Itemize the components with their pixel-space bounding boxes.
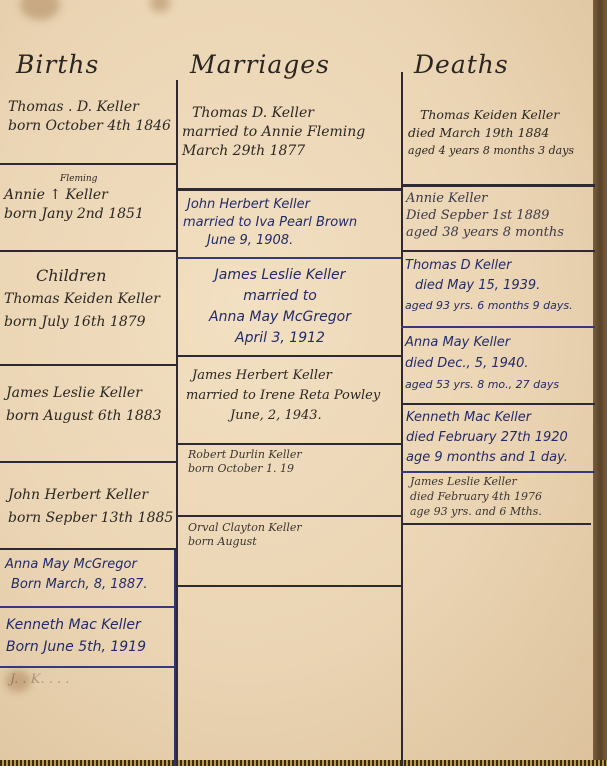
marriage-spouse-2: married to Irene Reta Powley <box>186 386 380 406</box>
marriage-entry-james-irene: James Herbert Keller married to Irene Re… <box>186 366 380 426</box>
marriage-spouse-2: married to Annie Fleming <box>182 123 365 142</box>
death-name: Annie Keller <box>406 190 564 207</box>
birth-date: born October 4th 1846 <box>8 117 171 136</box>
marriages-rule-3 <box>177 355 401 357</box>
death-name: Kenneth Mac Keller <box>406 408 568 428</box>
birth-date: born Jany 2nd 1851 <box>4 205 144 224</box>
death-age: age 93 yrs. and 6 Mths. <box>410 504 542 519</box>
births-rule-4 <box>0 461 177 463</box>
marriage-entry-james-anna: James Leslie Keller married to Anna May … <box>180 265 380 349</box>
births-rule-7 <box>0 666 175 668</box>
death-name: James Leslie Keller <box>410 474 542 489</box>
deaths-rule-6 <box>401 523 591 525</box>
birth-name: Thomas . D. Keller <box>8 98 171 117</box>
births-lower-divider <box>174 548 176 766</box>
marriages-header: Marriages <box>190 50 330 79</box>
marriage-entry-robert-durlin: Robert Durlin Keller born October 1. 19 <box>188 448 302 476</box>
birth-entry-james-leslie-keller: James Leslie Keller born August 6th 1883 <box>6 384 162 426</box>
book-spine-edge <box>593 0 607 766</box>
deaths-rule-2 <box>401 250 595 252</box>
birth-entry-faded: J. . K. . . . <box>10 672 69 687</box>
marriage-spouse-1: James Herbert Keller <box>186 366 380 386</box>
marriage-date: June, 2, 1943. <box>186 406 380 426</box>
death-date: died March 19th 1884 <box>408 124 574 142</box>
death-date: died February 4th 1976 <box>410 489 542 504</box>
deaths-rule-3 <box>401 326 595 328</box>
birth-name: Kenneth Mac Keller <box>6 614 146 636</box>
birth-date: Born June 5th, 1919 <box>6 636 146 658</box>
birth-entry-john-herbert-keller: John Herbert Keller born Sepber 13th 188… <box>8 486 173 528</box>
death-name: Thomas Keiden Keller <box>408 106 574 124</box>
marriages-rule-2 <box>177 257 401 259</box>
deaths-header: Deaths <box>414 50 509 79</box>
death-date: died February 27th 1920 <box>406 428 568 448</box>
marriage-date: June 9, 1908. <box>183 232 357 250</box>
entry-name: Robert Durlin Keller <box>188 448 302 462</box>
marriages-rule-6 <box>177 585 401 587</box>
births-header: Births <box>16 50 99 79</box>
ledger-page: Births Marriages Deaths Thomas . D. Kell… <box>0 0 607 766</box>
birth-name: Annie ↑ Keller <box>4 186 144 205</box>
marriages-rule-5 <box>177 515 401 517</box>
births-rule-1 <box>0 163 177 165</box>
marriage-entry-john-iva: John Herbert Keller married to Iva Pearl… <box>183 196 357 250</box>
births-rule-2 <box>0 250 177 252</box>
marriages-rule-4 <box>177 443 401 445</box>
marriage-spouse-1: John Herbert Keller <box>183 196 357 214</box>
death-entry-thomas-d: Thomas D Keller died May 15, 1939. aged … <box>405 256 573 316</box>
death-date: died Dec., 5, 1940. <box>405 353 559 374</box>
death-name: Thomas D Keller <box>405 256 573 276</box>
births-rule-5 <box>0 548 177 550</box>
children-subheading: Children <box>36 266 106 285</box>
marriage-spouse-1: James Leslie Keller <box>180 265 380 286</box>
death-age: age 9 months and 1 day. <box>406 448 568 468</box>
birth-entry-anna-may-mcgregor: Anna May McGregor Born March, 8, 1887. <box>5 555 148 595</box>
entry-name: Orval Clayton Keller <box>188 521 302 535</box>
marriage-connector: married to <box>180 286 380 307</box>
birth-name: James Leslie Keller <box>6 384 162 403</box>
marriages-rule-1 <box>177 188 401 191</box>
stain-top-center <box>150 0 170 12</box>
marriage-spouse-1: Thomas D. Keller <box>182 104 365 123</box>
birth-entry-annie-keller: Annie ↑ Keller born Jany 2nd 1851 <box>4 186 144 224</box>
deaths-rule-1 <box>401 184 595 187</box>
marriage-spouse-2: married to Iva Pearl Brown <box>183 214 357 232</box>
marriage-date: March 29th 1877 <box>182 142 365 161</box>
deaths-rule-5 <box>401 471 595 473</box>
birth-entry-kenneth-mac-keller: Kenneth Mac Keller Born June 5th, 1919 <box>6 614 146 658</box>
birth-date: born August 6th 1883 <box>6 407 162 426</box>
birth-name: Thomas Keiden Keller <box>4 290 160 309</box>
entry-date: born August <box>188 535 302 549</box>
death-age: aged 93 yrs. 6 months 9 days. <box>405 296 573 316</box>
marriage-spouse-2: Anna May McGregor <box>180 307 380 328</box>
death-entry-thomas-keiden: Thomas Keiden Keller died March 19th 188… <box>408 106 574 160</box>
death-entry-anna-may: Anna May Keller died Dec., 5, 1940. aged… <box>405 332 559 395</box>
birth-name: Anna May McGregor <box>5 555 148 575</box>
death-age: aged 4 years 8 months 3 days <box>408 142 574 160</box>
deaths-rule-4 <box>401 403 595 405</box>
marriage-entry-thomas-annie: Thomas D. Keller married to Annie Flemin… <box>182 104 365 161</box>
stain-top-left <box>20 0 60 20</box>
death-age: aged 38 years 8 months <box>406 224 564 241</box>
column-divider-left <box>176 80 178 766</box>
births-rule-6 <box>0 606 175 608</box>
birth-date: Born March, 8, 1887. <box>5 575 148 595</box>
death-name: Anna May Keller <box>405 332 559 353</box>
death-entry-james-leslie: James Leslie Keller died February 4th 19… <box>410 474 542 519</box>
birth-entry-thomas-keiden-keller: Thomas Keiden Keller born July 16th 1879 <box>4 290 160 332</box>
death-entry-annie: Annie Keller Died Sepber 1st 1889 aged 3… <box>406 190 564 241</box>
death-date: died May 15, 1939. <box>405 276 573 296</box>
death-date: Died Sepber 1st 1889 <box>406 207 564 224</box>
birth-date: born Sepber 13th 1885 <box>8 509 173 528</box>
page-bottom-edge <box>0 760 607 766</box>
birth-name: John Herbert Keller <box>8 486 173 505</box>
births-rule-3 <box>0 364 177 366</box>
entry-date: born October 1. 19 <box>188 462 302 476</box>
death-entry-kenneth-mac: Kenneth Mac Keller died February 27th 19… <box>406 408 568 468</box>
birth-entry-thomas-d-keller: Thomas . D. Keller born October 4th 1846 <box>8 98 171 136</box>
death-age: aged 53 yrs. 8 mo., 27 days <box>405 374 559 395</box>
column-divider-right <box>401 72 403 766</box>
marriage-entry-orval-clayton: Orval Clayton Keller born August <box>188 521 302 549</box>
birth-annotation-fleming: Fleming <box>60 174 97 184</box>
birth-date: born July 16th 1879 <box>4 313 160 332</box>
marriage-date: April 3, 1912 <box>180 328 380 349</box>
